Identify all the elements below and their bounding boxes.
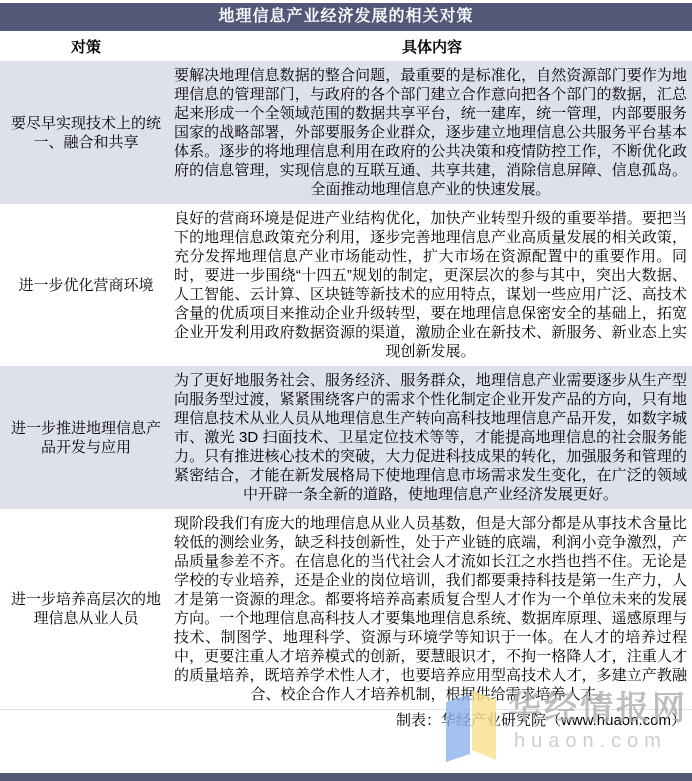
watermark-site: huaon.com [508,730,667,752]
bottom-accent-bar [0,773,692,781]
table-row: 进一步优化营商环境 良好的营商环境是促进产业结构优化，加快产业转型升级的重要举措… [0,204,692,366]
detail-cell: 要解决地理信息数据的整合问题，最重要的是标准化，自然资源部门要作为地理信息的管理… [172,61,692,204]
table-header-row: 对策 具体内容 [0,31,692,61]
detail-cell: 现阶段我们有庞大的地理信息从业人员基数，但是大部分都是从事技术含量比较低的测绘业… [172,509,692,709]
strategy-cell: 进一步推进地理信息产品开发与应用 [0,366,172,509]
strategy-cell: 进一步培养高层次的地理信息从业人员 [0,509,172,709]
strategy-cell: 要尽早实现技术上的统一、融合和共享 [0,61,172,204]
table-row: 要尽早实现技术上的统一、融合和共享 要解决地理信息数据的整合问题，最重要的是标准… [0,61,692,204]
table-row: 进一步推进地理信息产品开发与应用 为了更好地服务社会、服务经济、服务群众，地理信… [0,366,692,509]
table-row: 进一步培养高层次的地理信息从业人员 现阶段我们有庞大的地理信息从业人员基数，但是… [0,509,692,709]
column-header-strategy: 对策 [0,36,172,57]
column-header-detail: 具体内容 [172,36,692,57]
strategy-cell: 进一步优化营商环境 [0,204,172,366]
page-title: 地理信息产业经济发展的相关对策 [0,3,692,31]
detail-cell: 为了更好地服务社会、服务经济、服务群众，地理信息产业需要逐步从生产型向服务型过渡… [172,366,692,509]
credit-text: 制表：华经产业研究院（www.huaon.com） [0,709,692,731]
detail-cell: 良好的营商环境是促进产业结构优化，加快产业转型升级的重要举措。要把当下的地理信息… [172,204,692,366]
